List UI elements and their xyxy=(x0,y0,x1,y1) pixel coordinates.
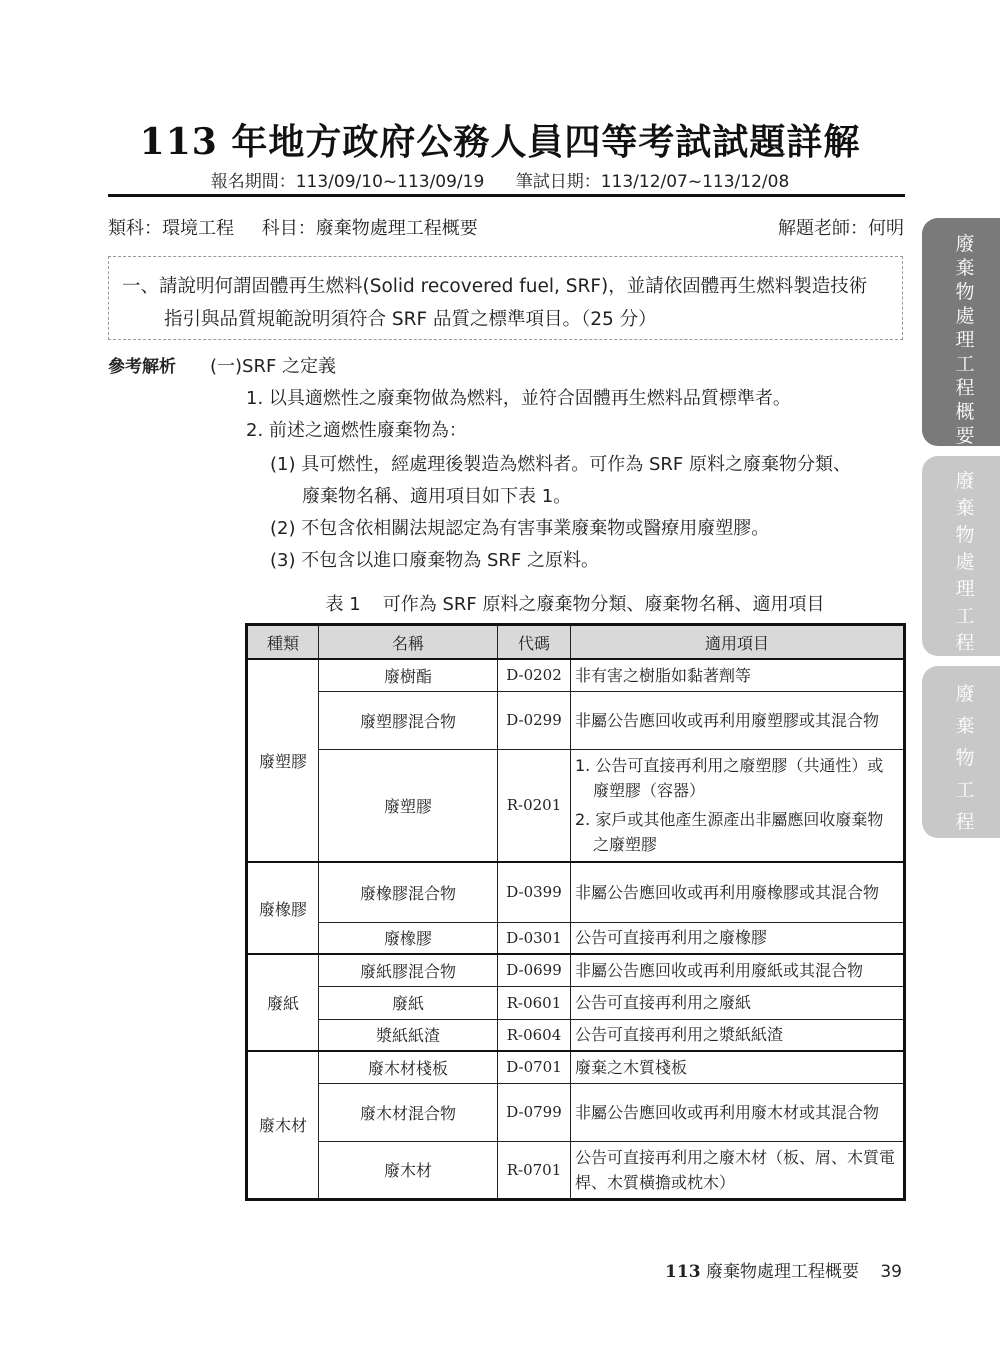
subject-label: 科目：廢棄物處理工程概要 xyxy=(262,218,478,239)
code-cell: D-0301 xyxy=(498,922,571,954)
footer-year: 113 xyxy=(665,1262,701,1282)
side-tab-char: 理 xyxy=(955,576,974,603)
category-cell: 廢紙 xyxy=(247,954,319,1051)
table-row: 廢紙 R-0601 公告可直接再利用之廢紙 xyxy=(247,986,905,1019)
table-row: 廢紙 廢紙膠混合物 D-0699 非屬公告應回收或再利用廢紙或其混合物 xyxy=(247,954,905,986)
code-cell: D-0799 xyxy=(498,1083,571,1141)
name-cell: 廢紙膠混合物 xyxy=(319,954,498,986)
code-cell: D-0701 xyxy=(498,1051,571,1083)
answer-label: 參考解析 xyxy=(108,352,176,377)
code-cell: R-0601 xyxy=(498,986,571,1019)
table-row: 廢塑膠 廢樹酯 D-0202 非有害之樹脂如黏著劑等 xyxy=(247,659,905,691)
answer-section-heading: (一)SRF 之定義 xyxy=(210,352,336,378)
side-tab-char: 物 xyxy=(955,522,974,549)
code-cell: R-0201 xyxy=(498,749,571,862)
name-cell: 廢木材棧板 xyxy=(319,1051,498,1083)
answer-item-2: 2. 前述之適燃性廢棄物為： xyxy=(246,416,467,442)
side-tab-char: 棄 xyxy=(955,710,974,742)
side-tab-char: 處 xyxy=(955,304,974,328)
side-tab-char: 物 xyxy=(955,742,974,774)
side-tab-char: 棄 xyxy=(955,495,974,522)
answer-subitem-1-cont: 廢棄物名稱、適用項目如下表 1。 xyxy=(302,482,571,508)
table-row: 廢木材混合物 D-0799 非屬公告應回收或再利用廢木材或其混合物 xyxy=(247,1083,905,1141)
use-cell: 公告可直接再利用之漿紙紙渣 xyxy=(571,1019,905,1051)
side-tab-char: 理 xyxy=(955,328,974,352)
code-cell: D-0699 xyxy=(498,954,571,986)
side-tab-char: 程 xyxy=(955,376,974,400)
header-divider xyxy=(108,194,905,197)
use-list-item: 1. 公告可直接再利用之廢塑膠（共通性）或廢塑膠（容器） xyxy=(575,753,899,803)
table-row: 廢木材 R-0701 公告可直接再利用之廢木材（板、屑、木質電桿、木質橫擔或枕木… xyxy=(247,1141,905,1199)
table-caption: 表 1可作為 SRF 原料之廢棄物分類、廢棄物名稱、適用項目 xyxy=(0,590,1000,616)
table-row: 廢塑膠 R-0201 1. 公告可直接再利用之廢塑膠（共通性）或廢塑膠（容器） … xyxy=(247,749,905,862)
srf-materials-table: 種類 名稱 代碼 適用項目 廢塑膠 廢樹酯 D-0202 非有害之樹脂如黏著劑等… xyxy=(245,623,906,1201)
side-tab-char: 廢 xyxy=(955,232,974,256)
teacher-label: 解題老師：何明 xyxy=(778,214,904,240)
code-cell: D-0399 xyxy=(498,862,571,922)
code-cell: R-0604 xyxy=(498,1019,571,1051)
header-applicable-items: 適用項目 xyxy=(571,625,905,660)
use-list-item: 2. 家戶或其他產生源產出非屬應回收廢棄物之廢塑膠 xyxy=(575,807,899,857)
question-line-1: 一、請說明何謂固體再生燃料(Solid recovered fuel, SRF)… xyxy=(122,272,867,298)
side-tab-char: 廢 xyxy=(955,678,974,710)
side-tab-char: 概 xyxy=(955,400,974,424)
answer-item-1: 1. 以具適燃性之廢棄物做為燃料，並符合固體再生燃料品質標準者。 xyxy=(246,384,791,410)
side-tab-char: 工 xyxy=(955,774,974,806)
table-header-row: 種類 名稱 代碼 適用項目 xyxy=(247,625,905,660)
side-tab-char: 要 xyxy=(955,424,974,448)
table-row: 廢木材 廢木材棧板 D-0701 廢棄之木質棧板 xyxy=(247,1051,905,1083)
use-cell: 非屬公告應回收或再利用廢紙或其混合物 xyxy=(571,954,905,986)
side-tab-char: 物 xyxy=(955,280,974,304)
header-category: 種類 xyxy=(247,625,319,660)
category-cell: 廢橡膠 xyxy=(247,862,319,954)
table-number: 表 1 xyxy=(326,594,361,615)
registration-period: 報名期間：113/09/10~113/09/19 xyxy=(211,172,485,192)
header-code: 代碼 xyxy=(498,625,571,660)
name-cell: 廢塑膠混合物 xyxy=(319,691,498,749)
exam-meta: 類科：環境工程 科目：廢棄物處理工程概要 xyxy=(108,214,500,240)
code-cell: D-0202 xyxy=(498,659,571,691)
header-name: 名稱 xyxy=(319,625,498,660)
side-tab-char: 處 xyxy=(955,549,974,576)
answer-subitem-1: (1) 具可燃性，經處理後製造為燃料者。可作為 SRF 原料之廢棄物分類、 xyxy=(270,450,851,476)
side-tab-char: 棄 xyxy=(955,256,974,280)
question-line-2: 指引與品質規範說明須符合 SRF 品質之標準項目。（25 分） xyxy=(164,305,657,331)
name-cell: 廢塑膠 xyxy=(319,749,498,862)
use-cell: 1. 公告可直接再利用之廢塑膠（共通性）或廢塑膠（容器） 2. 家戶或其他產生源… xyxy=(571,749,905,862)
use-cell: 廢棄之木質棧板 xyxy=(571,1051,905,1083)
page-title: 113 年地方政府公務人員四等考試試題詳解 xyxy=(0,114,1000,165)
side-tab-waste-treatment-engineering-outline[interactable]: 廢棄物處理工程概要 xyxy=(922,218,1000,446)
footer-subject: 廢棄物處理工程概要 xyxy=(706,1262,859,1282)
use-cell: 非屬公告應回收或再利用廢橡膠或其混合物 xyxy=(571,862,905,922)
table-caption-text: 可作為 SRF 原料之廢棄物分類、廢棄物名稱、適用項目 xyxy=(383,594,825,615)
code-cell: R-0701 xyxy=(498,1141,571,1199)
use-cell: 非屬公告應回收或再利用廢塑膠或其混合物 xyxy=(571,691,905,749)
answer-subitem-2: (2) 不包含依相關法規認定為有害事業廢棄物或醫療用廢塑膠。 xyxy=(270,514,769,540)
name-cell: 廢橡膠 xyxy=(319,922,498,954)
category-label: 類科：環境工程 xyxy=(108,218,234,239)
use-cell: 公告可直接再利用之廢木材（板、屑、木質電桿、木質橫擔或枕木） xyxy=(571,1141,905,1199)
side-tab-char: 工 xyxy=(955,603,974,630)
table-row: 廢橡膠 D-0301 公告可直接再利用之廢橡膠 xyxy=(247,922,905,954)
category-cell: 廢塑膠 xyxy=(247,659,319,862)
written-exam-dates: 筆試日期：113/12/07~113/12/08 xyxy=(516,172,790,192)
name-cell: 廢樹酯 xyxy=(319,659,498,691)
page-number: 39 xyxy=(880,1262,902,1282)
side-tab-char: 程 xyxy=(955,630,974,657)
exam-dates: 報名期間：113/09/10~113/09/19 筆試日期：113/12/07~… xyxy=(0,167,1000,192)
use-cell: 非有害之樹脂如黏著劑等 xyxy=(571,659,905,691)
side-tab-char: 廢 xyxy=(955,468,974,495)
name-cell: 漿紙紙渣 xyxy=(319,1019,498,1051)
side-tab-char: 工 xyxy=(955,352,974,376)
name-cell: 廢紙 xyxy=(319,986,498,1019)
table-row: 漿紙紙渣 R-0604 公告可直接再利用之漿紙紙渣 xyxy=(247,1019,905,1051)
use-cell: 公告可直接再利用之廢橡膠 xyxy=(571,922,905,954)
page-footer: 113 廢棄物處理工程概要 39 xyxy=(665,1257,902,1282)
answer-subitem-3: (3) 不包含以進口廢棄物為 SRF 之原料。 xyxy=(270,546,599,572)
table-row: 廢塑膠混合物 D-0299 非屬公告應回收或再利用廢塑膠或其混合物 xyxy=(247,691,905,749)
table-row: 廢橡膠 廢橡膠混合物 D-0399 非屬公告應回收或再利用廢橡膠或其混合物 xyxy=(247,862,905,922)
side-tab-waste-engineering[interactable]: 廢棄物工程 xyxy=(922,666,1000,838)
use-cell: 非屬公告應回收或再利用廢木材或其混合物 xyxy=(571,1083,905,1141)
side-tab-char: 程 xyxy=(955,806,974,838)
side-tab-waste-treatment-engineering[interactable]: 廢棄物處理工程 xyxy=(922,456,1000,656)
name-cell: 廢木材 xyxy=(319,1141,498,1199)
code-cell: D-0299 xyxy=(498,691,571,749)
category-cell: 廢木材 xyxy=(247,1051,319,1199)
name-cell: 廢木材混合物 xyxy=(319,1083,498,1141)
use-cell: 公告可直接再利用之廢紙 xyxy=(571,986,905,1019)
name-cell: 廢橡膠混合物 xyxy=(319,862,498,922)
